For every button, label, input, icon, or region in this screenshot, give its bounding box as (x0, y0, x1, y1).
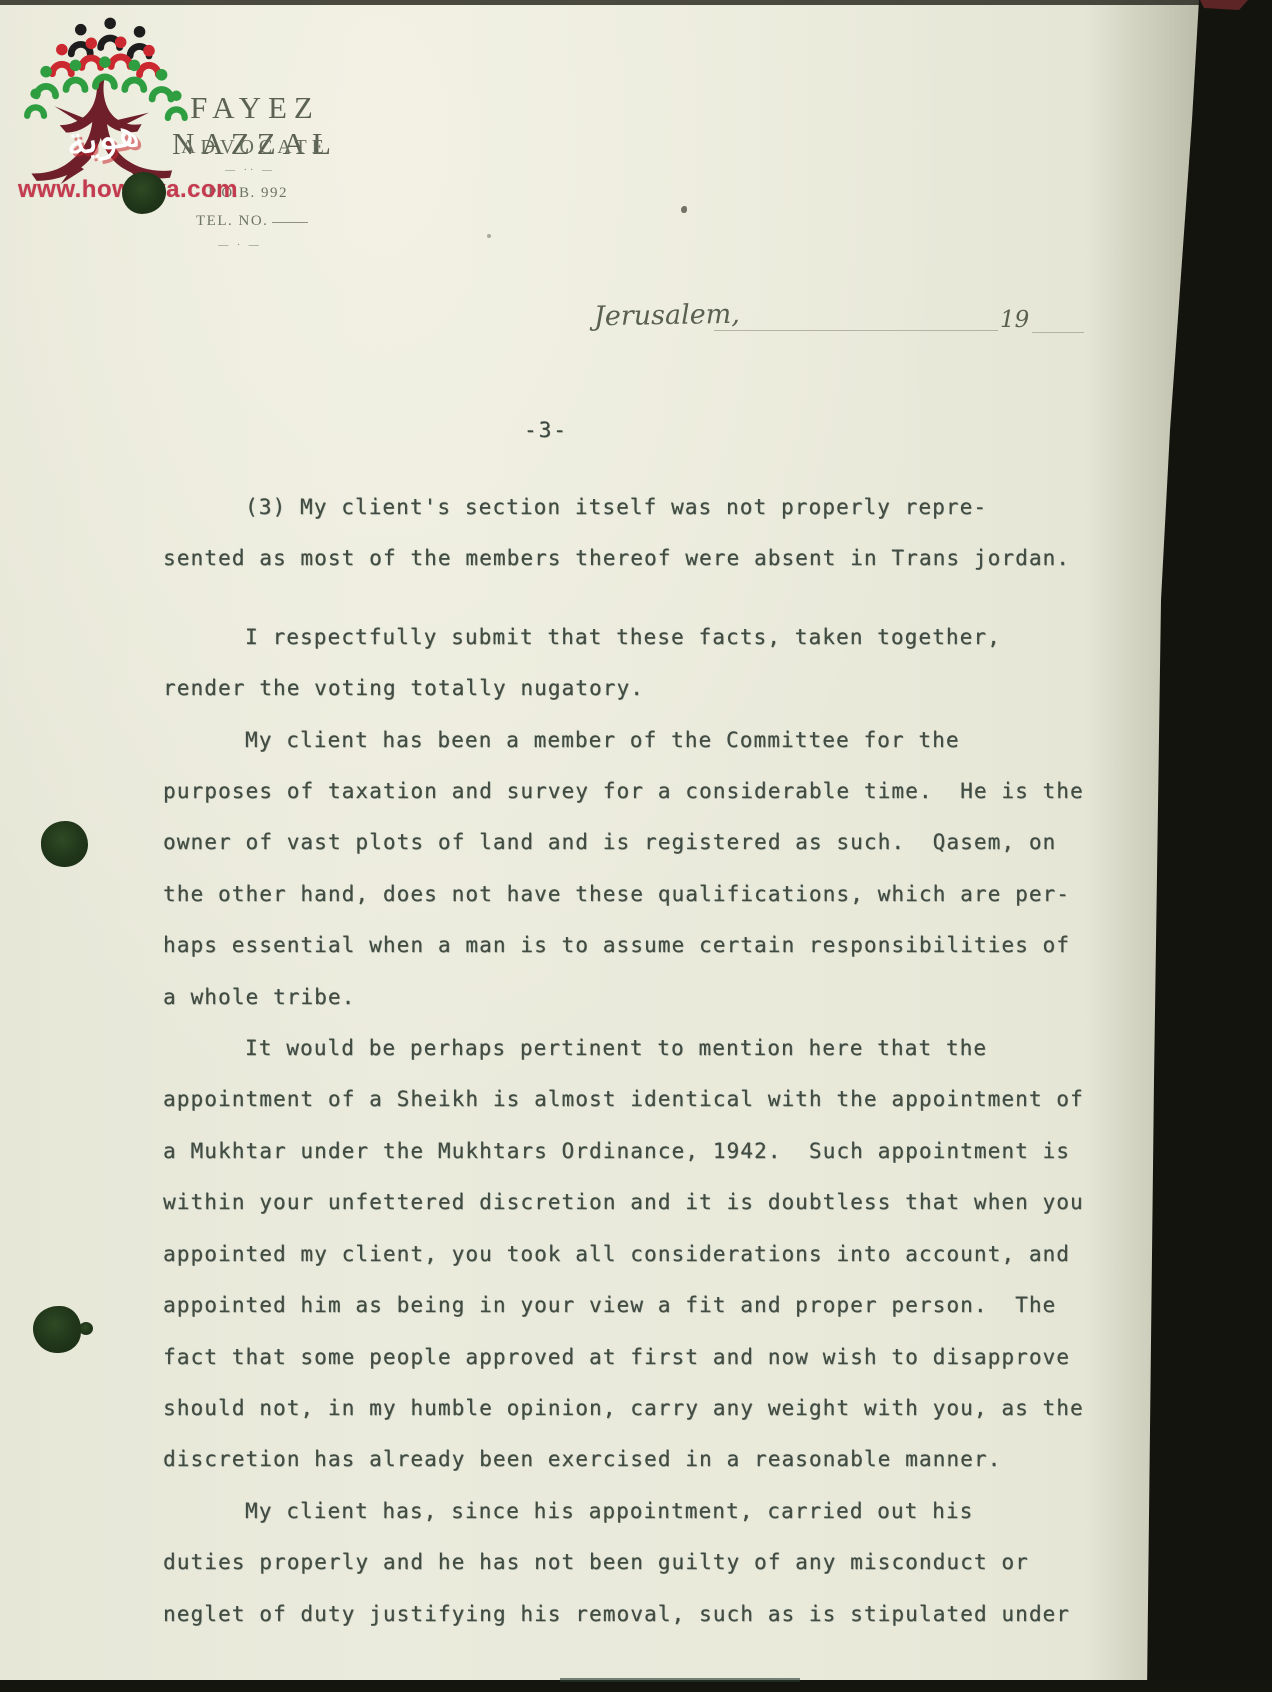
paragraph: My client has, since his appointment, ca… (163, 1486, 1115, 1640)
paragraph: My client has been a member of the Commi… (163, 715, 1115, 1023)
ink-blob (122, 172, 166, 214)
scan-edge-top (0, 0, 1272, 5)
ink-blob (79, 1322, 93, 1335)
dateline-place: Jerusalem, (594, 299, 740, 333)
body-line: (3) My client's section itself was not p… (163, 482, 1115, 533)
calligraphy: هوية هوية (62, 109, 146, 169)
paper-edge-shadow (1085, 0, 1200, 1692)
tel-blank-line (272, 222, 308, 223)
people-black (71, 18, 149, 56)
dateline-rule (714, 330, 998, 331)
letterhead-tel: TEL. NO. (196, 213, 308, 230)
paragraph: (3) My client's section itself was not p… (163, 482, 1115, 585)
body-line: My client has been a member of the Commi… (163, 715, 1115, 766)
tel-label: TEL. NO. (196, 213, 268, 229)
body-line: duties properly and he has not been guil… (163, 1537, 1115, 1588)
paragraph: It would be perhaps pertinent to mention… (163, 1023, 1115, 1486)
howiyya-logo: هوية هوية (22, 16, 192, 184)
body-line: neglet of duty justifying his removal, s… (163, 1589, 1115, 1640)
body-line: owner of vast plots of land and is regis… (163, 817, 1115, 868)
paragraph: I respectfully submit that these facts, … (163, 612, 1115, 715)
scan-edge-corner-red (1200, 0, 1248, 10)
body-line: appointed my client, you took all consid… (163, 1229, 1115, 1280)
ink-blob (33, 1306, 81, 1353)
body-line: It would be perhaps pertinent to mention… (163, 1023, 1115, 1074)
body-line: sented as most of the members thereof we… (163, 533, 1115, 584)
body-line: haps essential when a man is to assume c… (163, 920, 1115, 971)
scan-edge-bottom (0, 1680, 1272, 1692)
body-line: I respectfully submit that these facts, … (163, 612, 1115, 663)
body-line: within your unfettered discretion and it… (163, 1177, 1115, 1228)
letterhead-ornament-top: — ·· — (180, 165, 320, 176)
body-line: should not, in my humble opinion, carry … (163, 1383, 1115, 1434)
scanned-letter-page: هوية هوية www.howiyya.com FAYEZ NAZZAL A… (0, 0, 1272, 1692)
body-line: a Mukhtar under the Mukhtars Ordinance, … (163, 1126, 1115, 1177)
body-line: render the voting totally nugatory. (163, 663, 1115, 714)
ink-blob (41, 821, 88, 867)
body-line: fact that some people approved at first … (163, 1332, 1115, 1383)
body-line: discretion has already been exercised in… (163, 1434, 1115, 1485)
body-line: appointed him as being in your view a fi… (163, 1280, 1115, 1331)
body-line: My client has, since his appointment, ca… (163, 1486, 1115, 1537)
dateline-year: 19 (1000, 307, 1029, 333)
scan-speck (681, 206, 687, 213)
letter-body: (3) My client's section itself was not p… (163, 482, 1115, 1640)
body-line: a whole tribe. (163, 972, 1115, 1023)
scan-speck (487, 234, 491, 238)
body-line: purposes of taxation and survey for a co… (163, 766, 1115, 817)
body-line: the other hand, does not have these qual… (163, 869, 1115, 920)
letterhead-ornament-bottom: — · — (170, 240, 310, 251)
scan-edge-tint (560, 1678, 800, 1682)
page-number: -3- (524, 418, 568, 442)
dateline-rule-short (1032, 332, 1084, 333)
body-line: appointment of a Sheikh is almost identi… (163, 1074, 1115, 1125)
